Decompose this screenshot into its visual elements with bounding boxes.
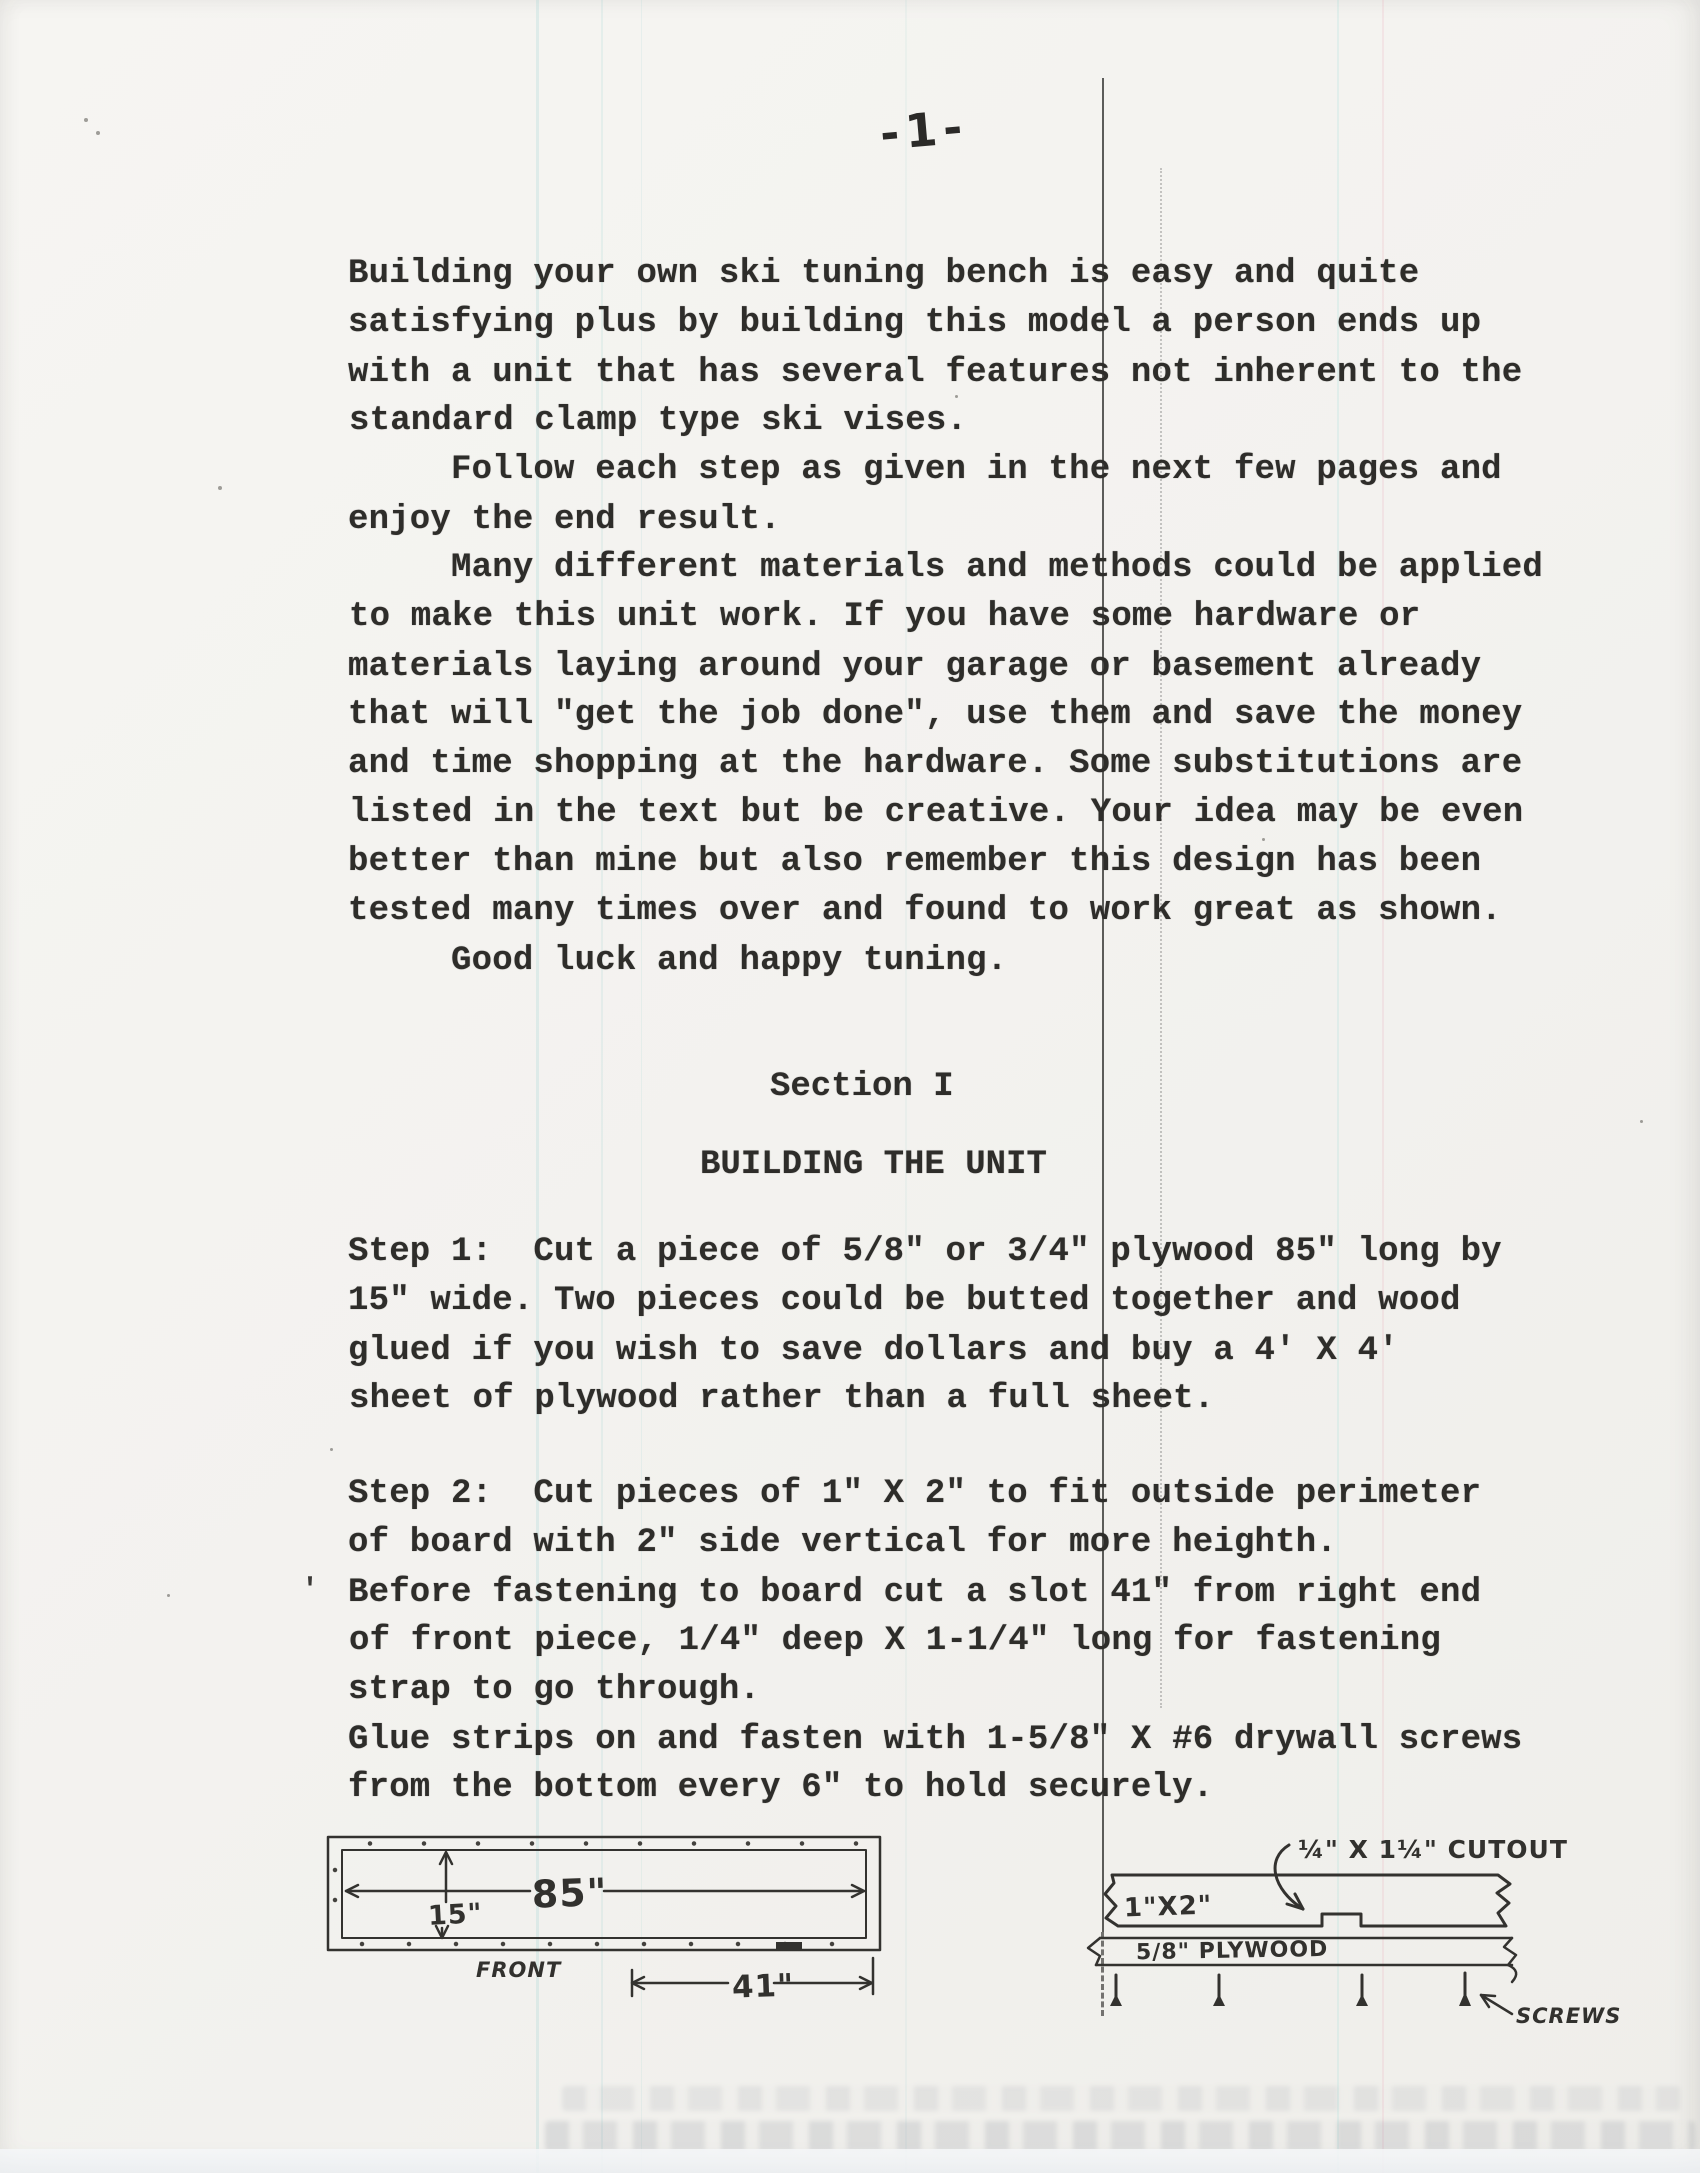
text-line: standard clamp type ski vises. [349, 397, 1544, 446]
text-line: glued if you wish to save dollars and bu… [348, 1327, 1502, 1376]
text-line: strap to go through. [348, 1666, 1522, 1715]
text-line: tested many times over and found to work… [348, 887, 1543, 936]
bleedthrough-text-row [545, 2121, 1695, 2151]
text-line: satisfying plus by building this model a… [348, 299, 1543, 348]
text-line: and time shopping at the hardware. Some … [348, 740, 1543, 789]
text-line: Follow each step as given in the next fe… [348, 446, 1543, 495]
screw-icon [1459, 1973, 1471, 2006]
text-line: Before fastening to board cut a slot 41"… [348, 1569, 1522, 1618]
text-line: to make this unit work. If you have some… [349, 593, 1544, 642]
text-line: materials laying around your garage or b… [348, 643, 1543, 692]
text-line: 15" wide. Two pieces could be butted tog… [348, 1277, 1502, 1326]
step2-paragraph: Step 2: Cut pieces of 1" X 2" to fit out… [348, 1470, 1522, 1813]
text-line: with a unit that has several features no… [348, 349, 1543, 398]
text-line: that will "get the job done", use them a… [348, 691, 1543, 740]
text-line: Glue strips on and fasten with 1-5/8" X … [348, 1716, 1522, 1765]
page-bottom-edge [0, 2149, 1700, 2173]
cutout-label: ¼" X 1¼" CUTOUT [1298, 1835, 1568, 1864]
front-label: FRONT [476, 1958, 562, 1982]
screw-icon [1110, 1975, 1122, 2006]
text-line: sheet of plywood rather than a full shee… [349, 1375, 1503, 1424]
section-subtitle: BUILDING THE UNIT [700, 1146, 1047, 1184]
text-line: listed in the text but be creative. Your… [349, 789, 1544, 838]
text-line: of front piece, 1/4" deep X 1-1/4" long … [349, 1617, 1523, 1666]
text-line: Step 1: Cut a piece of 5/8" or 3/4" plyw… [348, 1228, 1502, 1277]
screw-icon [1356, 1975, 1368, 2006]
strip-label: 1"X2" [1123, 1890, 1212, 1923]
board-length-label: 85" [531, 1870, 608, 1917]
text-line: enjoy the end result. [348, 496, 1543, 545]
text-line: Building your own ski tuning bench is ea… [348, 250, 1543, 299]
screws-pointer-arrow [1481, 1995, 1512, 2014]
screw-icon [1213, 1975, 1225, 2006]
text-line: Many different materials and methods cou… [348, 544, 1543, 593]
intro-paragraphs: Building your own ski tuning bench is ea… [348, 250, 1543, 985]
text-line: Step 2: Cut pieces of 1" X 2" to fit out… [348, 1470, 1522, 1519]
text-line: from the bottom every 6" to hold securel… [348, 1764, 1522, 1813]
plywood-label: 5/8" PLYWOOD [1136, 1937, 1329, 1965]
step1-paragraph: Step 1: Cut a piece of 5/8" or 3/4" plyw… [348, 1228, 1502, 1424]
bleedthrough-text-row [562, 2086, 1680, 2111]
stray-apostrophe-mark: ' [301, 1574, 319, 1608]
text-line: better than mine but also remember this … [348, 838, 1543, 887]
screws-label: SCREWS [1516, 2004, 1621, 2028]
screw-icons [1110, 1973, 1471, 2006]
slot-offset-label: 41" [731, 1967, 795, 2005]
board-plan-diagram: 85" 15" FRONT 41" [300, 1820, 920, 2015]
page-number: -1- [878, 99, 971, 160]
text-line: Good luck and happy tuning. [348, 937, 1543, 986]
text-line: of board with 2" side vertical for more … [348, 1519, 1522, 1568]
board-width-label: 15" [427, 1898, 483, 1932]
section-title: Section I [770, 1068, 954, 1106]
slot-cut-mark [776, 1942, 802, 1951]
scanned-typewritten-page: -1- Building your own ski tuning bench i… [0, 0, 1700, 2173]
edge-view-diagram: ¼" X 1¼" CUTOUT 1"X2" 5/8" PLYWOOD [1060, 1818, 1680, 2073]
